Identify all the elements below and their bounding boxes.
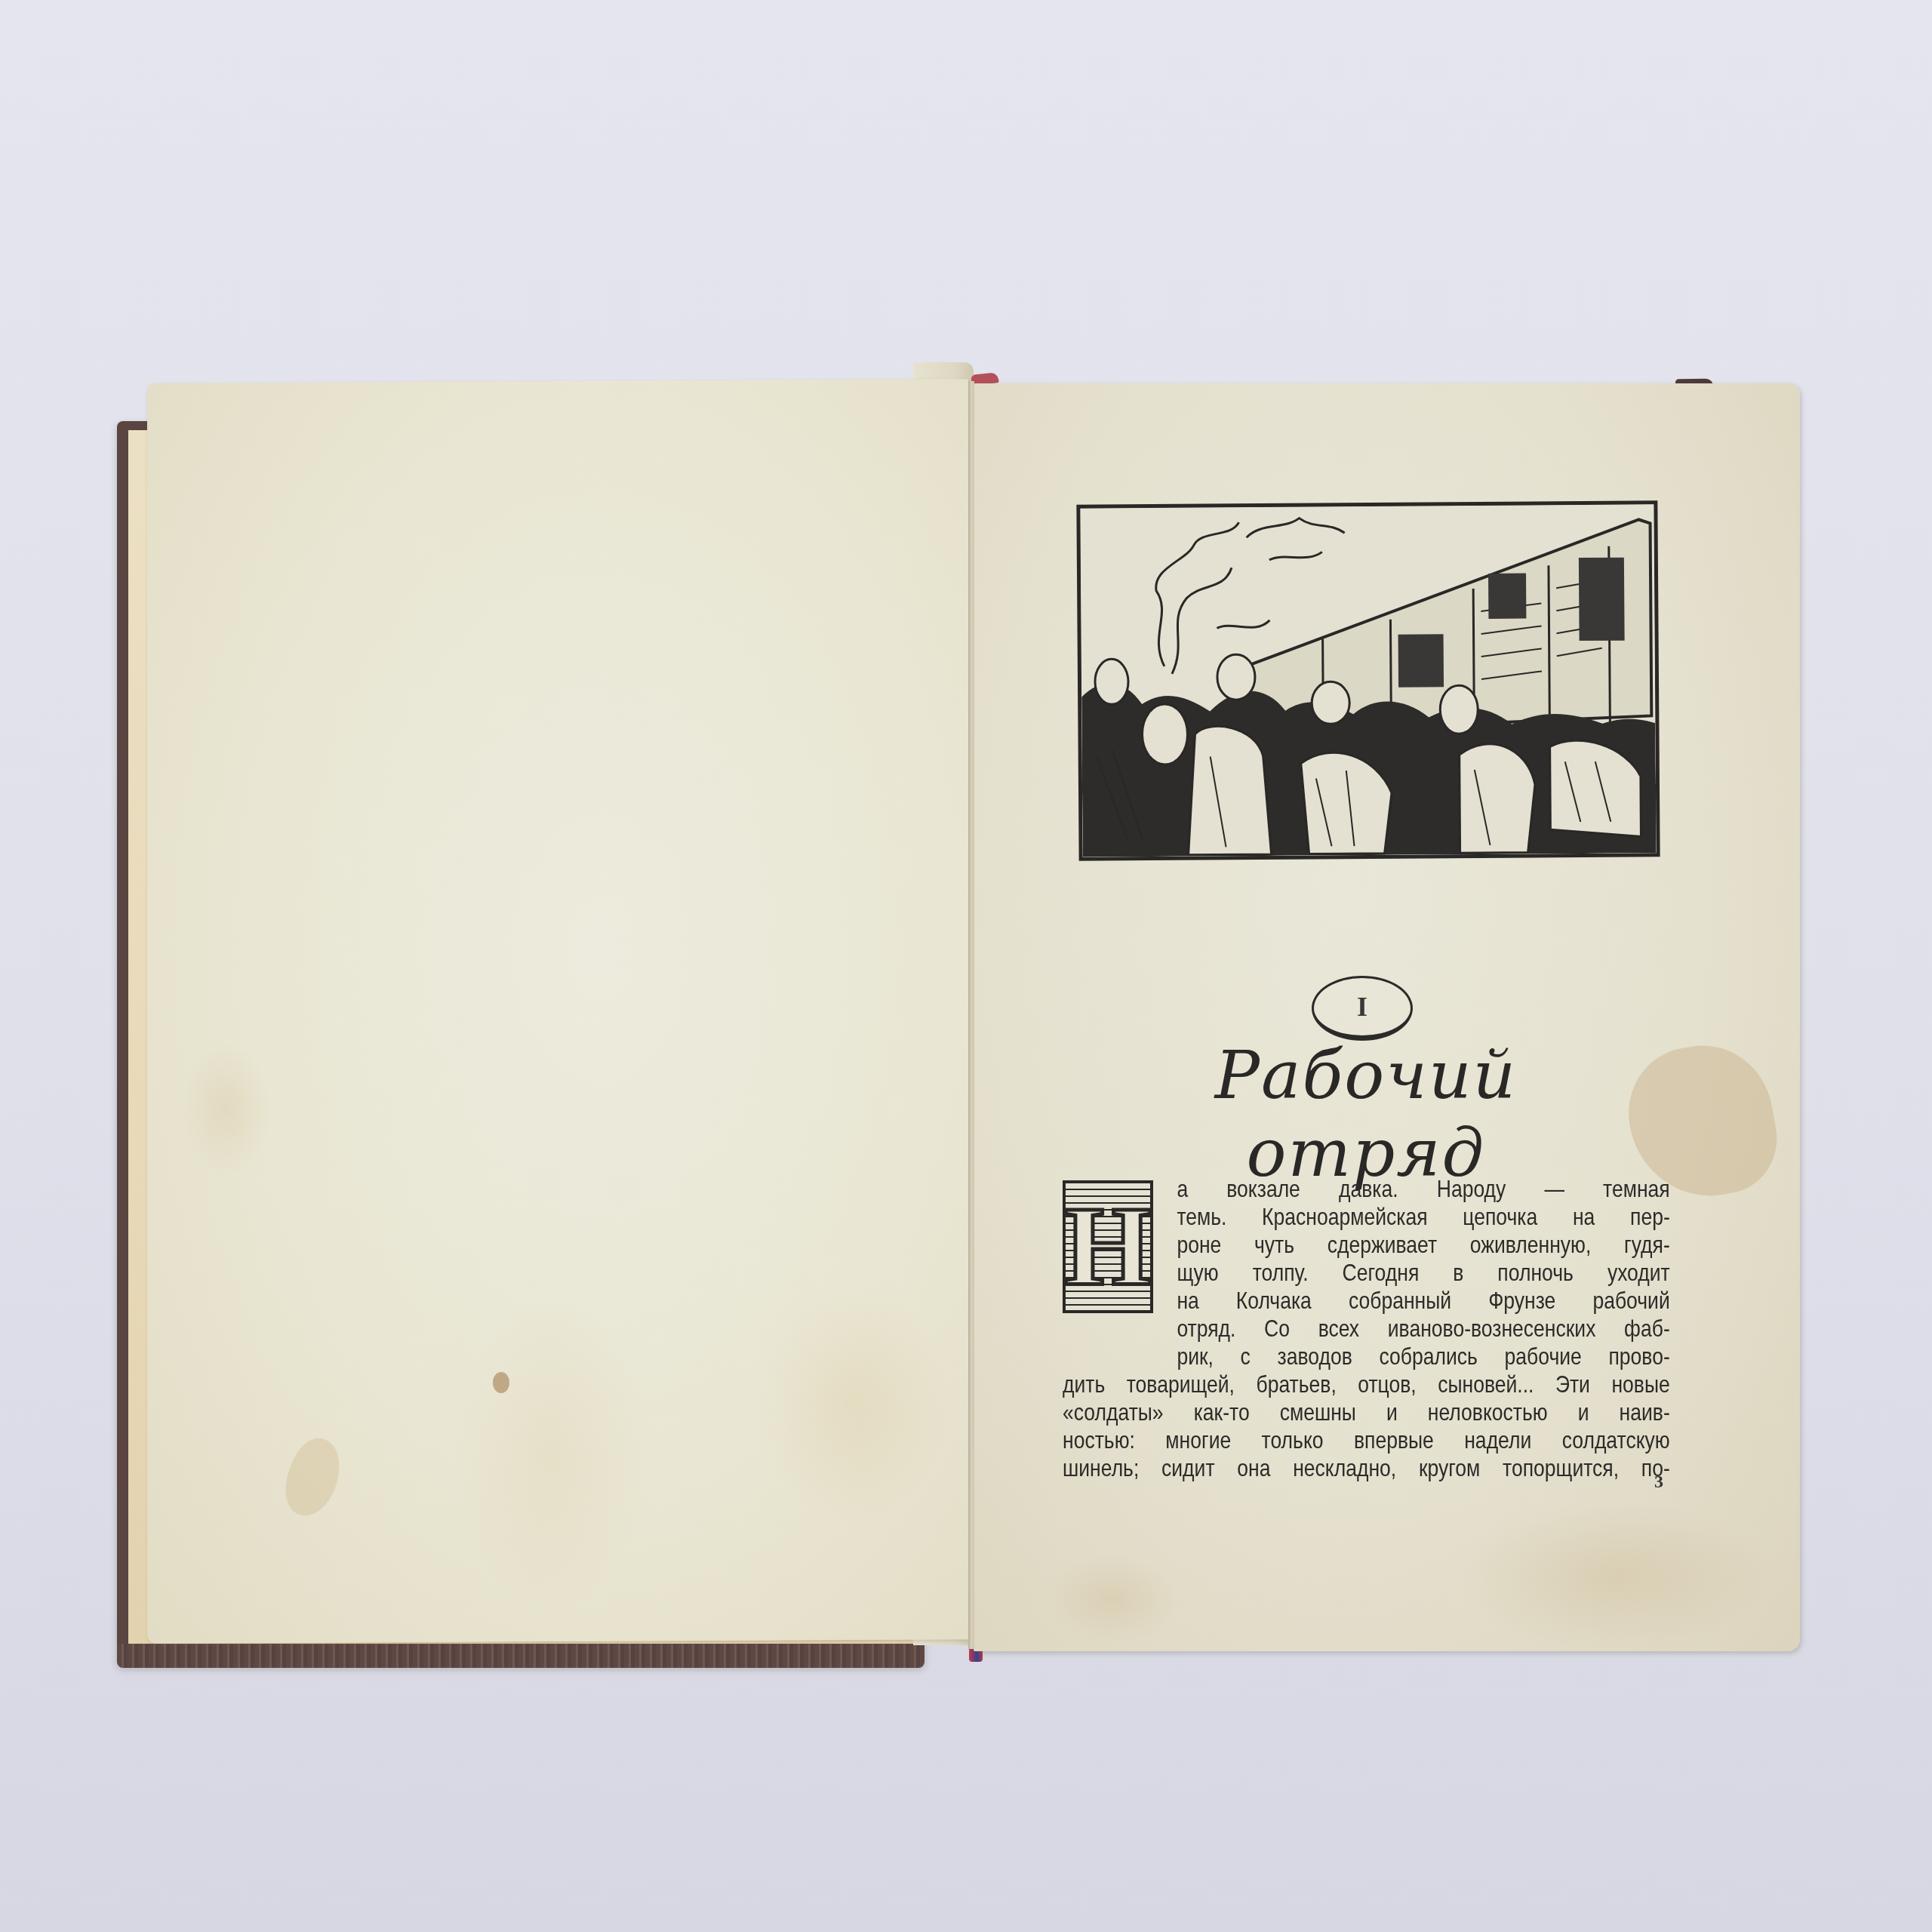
chapter-number-badge: I xyxy=(1312,976,1413,1041)
text-line: а вокзале давка. Народу — темная xyxy=(1177,1176,1669,1204)
text-line: роне чуть сдерживает оживленную, гудя- xyxy=(1177,1232,1669,1260)
cover-bottom-edge xyxy=(117,1644,924,1668)
text-line: на Колчака собранный Фрунзе рабочий xyxy=(1177,1287,1669,1315)
foxing-stain xyxy=(181,1041,272,1177)
right-page: I Рабочий отряд Н а вокзале давка. Народ… xyxy=(974,383,1800,1651)
chapter-illustration xyxy=(1076,500,1660,860)
text-line: «солдаты» как-то смешны и неловкостью и … xyxy=(1063,1399,1670,1427)
open-book: I Рабочий отряд Н а вокзале давка. Народ… xyxy=(0,0,1932,1932)
foxing-stain xyxy=(755,1283,951,1524)
page-number: 3 xyxy=(1654,1472,1663,1493)
chapter-title: Рабочий отряд xyxy=(1102,1036,1630,1192)
text-line: щую толпу. Сегодня в полночь уходит xyxy=(1177,1260,1669,1287)
foxing-stain xyxy=(453,1298,649,1615)
train-crowd-illustration xyxy=(1080,504,1656,857)
text-line: дить товарищей, братьев, отцов, сыновей.… xyxy=(1063,1371,1670,1399)
book-gutter xyxy=(968,381,974,1649)
text-line: темь. Красноармейская цепочка на пер- xyxy=(1177,1204,1669,1232)
chapter-number: I xyxy=(1357,991,1367,1023)
foxing-stain xyxy=(1457,1500,1774,1651)
text-line: ностью: многие только впервые надели сол… xyxy=(1063,1427,1670,1455)
text-line: шинель; сидит она нескладно, кругом топо… xyxy=(1063,1455,1670,1483)
body-text: а вокзале давка. Народу — темная темь. К… xyxy=(1063,1176,1591,1483)
spot-stain xyxy=(493,1372,509,1393)
foxing-stain xyxy=(1045,1553,1181,1644)
text-line: рик, с заводов собрались рабочие прово- xyxy=(1177,1343,1669,1371)
text-line: отряд. Со всех иваново-вознесенских фаб- xyxy=(1177,1315,1669,1343)
